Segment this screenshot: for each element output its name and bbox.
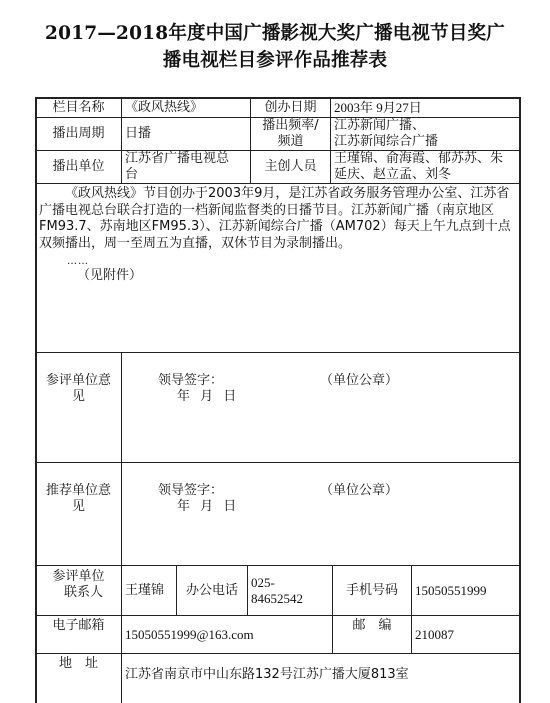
entry-opinion-label-line-2: 见 xyxy=(36,389,121,405)
contact-name-value: 王瑾锦 xyxy=(121,565,177,616)
program-name-label: 栏目名称 xyxy=(35,97,122,118)
recommend-unit-opinion-label: 推荐单位意 见 xyxy=(35,462,122,566)
recommend-seal-label: （单位公章） xyxy=(320,483,398,499)
recommend-signature-label: 领导签字： xyxy=(158,483,223,499)
recommend-date-label: 年 月 日 xyxy=(177,499,236,515)
program-introduction: 《政风热线》节目创办于2003年9月，是江苏省政务服务管理办公室、江苏省广播电视… xyxy=(35,183,521,353)
broadcast-cycle-value: 日播 xyxy=(121,117,251,151)
entry-opinion-label-line-1: 参评单位意 xyxy=(36,373,121,389)
office-phone-line-2: 84652542 xyxy=(251,591,332,607)
founded-date-value: 2003年 9月27日 xyxy=(330,97,521,118)
recommend-opinion-label-line-1: 推荐单位意 xyxy=(36,483,121,499)
postcode-value: 210087 xyxy=(411,615,521,654)
founded-date-label: 创办日期 xyxy=(250,97,331,118)
contact-person-label: 参评单位 联系人 xyxy=(35,565,122,616)
entry-unit-opinion-label: 参评单位意 见 xyxy=(35,352,122,463)
title-line-2: 播电视栏目参评作品推荐表 xyxy=(0,47,550,74)
contact-label-line-1: 参评单位 xyxy=(36,569,121,585)
broadcast-unit-value: 江苏省广播电视总 台 xyxy=(121,150,251,184)
channel-value-line-1: 江苏新闻广播、 xyxy=(334,118,520,134)
office-phone-value: 025- 84652542 xyxy=(247,565,333,616)
contact-label-line-2: 联系人 xyxy=(36,585,121,601)
program-name-value: 《政风热线》 xyxy=(121,97,251,118)
creators-value-line-1: 王瑾锦、俞海霞、郁苏苏、朱 xyxy=(334,151,520,167)
creators-value: 王瑾锦、俞海霞、郁苏苏、朱 延庆、赵立孟、刘冬 xyxy=(330,150,521,184)
broadcast-cycle-label: 播出周期 xyxy=(35,117,122,151)
document-title: 2017—2018年度中国广播影视大奖广播电视节目奖广 播电视栏目参评作品推荐表 xyxy=(0,20,550,74)
channel-value-line-2: 江苏新闻综合广播 xyxy=(334,134,520,150)
email-value: 15050551999@163.com xyxy=(121,615,333,654)
broadcast-unit-label: 播出单位 xyxy=(35,150,122,184)
introduction-paragraph: 《政风热线》节目创办于2003年9月，是江苏省政务服务管理办公室、江苏省广播电视… xyxy=(39,186,517,252)
postcode-label: 邮 编 xyxy=(332,615,412,654)
entry-seal-label: （单位公章） xyxy=(320,373,398,389)
mobile-value: 15050551999 xyxy=(411,565,521,616)
channel-label: 播出频率/ 频道 xyxy=(250,117,331,151)
creators-label: 主创人员 xyxy=(250,150,331,184)
address-label: 地 址 xyxy=(35,653,122,703)
entry-unit-opinion-field[interactable]: 领导签字： （单位公章） 年 月 日 xyxy=(121,352,521,463)
entry-signature-label: 领导签字： xyxy=(158,373,223,389)
recommend-unit-opinion-field[interactable]: 领导签字： （单位公章） 年 月 日 xyxy=(121,462,521,566)
broadcast-unit-value-line-1: 江苏省广播电视总 xyxy=(125,151,250,167)
address-value: 江苏省南京市中山东路132号江苏广播大厦813室 xyxy=(121,653,521,703)
office-phone-label: 办公电话 xyxy=(176,565,248,616)
broadcast-unit-value-line-2: 台 xyxy=(125,167,250,183)
recommend-opinion-label-line-2: 见 xyxy=(36,499,121,515)
attachment-note: （见附件） xyxy=(77,268,517,285)
entry-date-label: 年 月 日 xyxy=(177,389,236,405)
channel-label-line-1: 播出频率/ xyxy=(251,118,330,134)
email-label: 电子邮箱 xyxy=(35,615,122,654)
mobile-label: 手机号码 xyxy=(332,565,412,616)
introduction-ellipsis: …… xyxy=(67,258,517,266)
channel-label-line-2: 频道 xyxy=(251,134,330,150)
office-phone-line-1: 025- xyxy=(251,575,332,591)
title-line-1: 2017—2018年度中国广播影视大奖广播电视节目奖广 xyxy=(0,20,550,47)
channel-value: 江苏新闻广播、 江苏新闻综合广播 xyxy=(330,117,521,151)
creators-value-line-2: 延庆、赵立孟、刘冬 xyxy=(334,167,520,183)
